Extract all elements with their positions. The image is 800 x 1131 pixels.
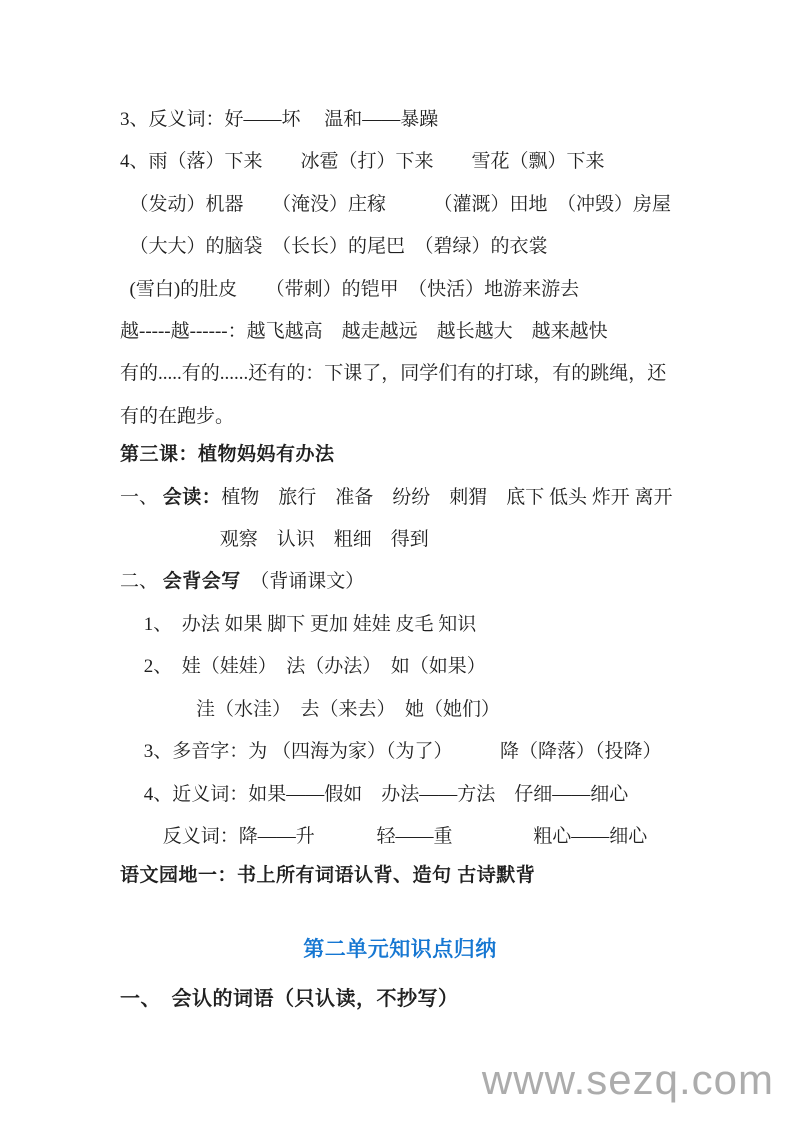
yuwen-garden-1: 语文园地一：书上所有词语认背、造句 古诗默背 [120, 855, 680, 897]
bold-text: 会读： [163, 487, 222, 508]
bold-text: 第三课：植物妈妈有办法 [120, 444, 335, 465]
body-text: （发动）机器 （淹没）庄稼 （灌溉）田地 （冲毁）房屋 [120, 194, 671, 215]
document-page: 3、反义词：好——坏 温和——暴躁4、雨（落）下来 冰雹（打）下来 雪花（飘）下… [0, 0, 800, 1131]
body-text: 植物 旅行 准备 纷纷 刺猬 底下 低头 炸开 离开 [221, 487, 672, 508]
body-text: 二、 [120, 571, 163, 592]
body-text: (雪白)的肚皮 （带刺）的铠甲 （快活）地游来游去 [120, 279, 579, 300]
body-text: 3、多音字：为 （四海为家）（为了） 降（降落）（投降） [120, 741, 662, 762]
adjective-phrases-1: （大大）的脑袋 （长长）的尾巴 （碧绿）的衣裳 [120, 226, 680, 268]
body-text: 4、近义词：如果——假如 办法——方法 仔细——细心 [120, 784, 628, 805]
yue-pattern: 越-----越------：越飞越高 越走越远 越长越大 越来越快 [120, 311, 680, 353]
bold-text: 会背会写 [163, 571, 241, 592]
body-text: 越-----越------：越飞越高 越走越远 越长越大 越来越快 [120, 321, 608, 342]
unit2-heading: 第二单元知识点归纳 [120, 928, 680, 971]
body-text: 3、反义词：好——坏 温和——暴躁 [120, 109, 438, 130]
body-text: 洼（水洼） 去（来去） 她（她们） [120, 699, 500, 720]
lesson3-write-words: 1、 办法 如果 脚下 更加 娃娃 皮毛 知识 [120, 604, 680, 646]
bold-text: 一、 会认的词语（只认读，不抄写） [120, 988, 459, 1010]
youde-pattern-2: 有的在跑步。 [120, 396, 680, 438]
lesson3-char-words-2: 洼（水洼） 去（来去） 她（她们） [120, 689, 680, 731]
body-text: 1、 办法 如果 脚下 更加 娃娃 皮毛 知识 [120, 614, 476, 635]
body-text: 一、 [120, 487, 163, 508]
body-text: 反义词：降——升 轻——重 粗心——细心 [120, 826, 647, 847]
antonyms-item-3: 3、反义词：好——坏 温和——暴躁 [120, 99, 680, 141]
body-text: （大大）的脑袋 （长长）的尾巴 （碧绿）的衣裳 [120, 236, 548, 257]
document-body: 3、反义词：好——坏 温和——暴躁4、雨（落）下来 冰雹（打）下来 雪花（飘）下… [120, 99, 680, 1021]
body-text: 有的.....有的......还有的：下课了，同学们有的打球，有的跳绳，还 [120, 363, 666, 384]
lesson3-title: 第三课：植物妈妈有办法 [120, 434, 680, 476]
body-text: 有的在跑步。 [120, 406, 234, 427]
adjective-phrases-2: (雪白)的肚皮 （带刺）的铠甲 （快活）地游来游去 [120, 269, 680, 311]
lesson3-antonyms: 反义词：降——升 轻——重 粗心——细心 [120, 816, 680, 858]
body-text: 观察 认识 粗细 得到 [120, 529, 429, 550]
lesson3-read-words-cont: 观察 认识 粗细 得到 [120, 519, 680, 561]
unit2-recognize-words: 一、 会认的词语（只认读，不抄写） [120, 978, 680, 1020]
bold-text: 第二单元知识点归纳 [303, 938, 497, 961]
verb-object-phrases: （发动）机器 （淹没）庄稼 （灌溉）田地 （冲毁）房屋 [120, 184, 680, 226]
body-text: 4、雨（落）下来 冰雹（打）下来 雪花（飘）下来 [120, 151, 605, 172]
body-text: 2、 娃（娃娃） 法（办法） 如（如果） [120, 656, 486, 677]
lesson3-char-words-1: 2、 娃（娃娃） 法（办法） 如（如果） [120, 646, 680, 688]
fill-verb-item-4: 4、雨（落）下来 冰雹（打）下来 雪花（飘）下来 [120, 141, 680, 183]
lesson3-recite-write: 二、 会背会写 （背诵课文） [120, 561, 680, 603]
lesson3-polyphones: 3、多音字：为 （四海为家）（为了） 降（降落）（投降） [120, 731, 680, 773]
bold-text: 语文园地一：书上所有词语认背、造句 古诗默背 [120, 865, 535, 886]
youde-pattern-1: 有的.....有的......还有的：下课了，同学们有的打球，有的跳绳，还 [120, 353, 680, 395]
body-text: （背诵课文） [241, 571, 365, 592]
watermark: www.sezq.com [482, 1056, 774, 1104]
lesson3-synonyms: 4、近义词：如果——假如 办法——方法 仔细——细心 [120, 774, 680, 816]
lesson3-read-words: 一、 会读：植物 旅行 准备 纷纷 刺猬 底下 低头 炸开 离开 [120, 477, 680, 519]
